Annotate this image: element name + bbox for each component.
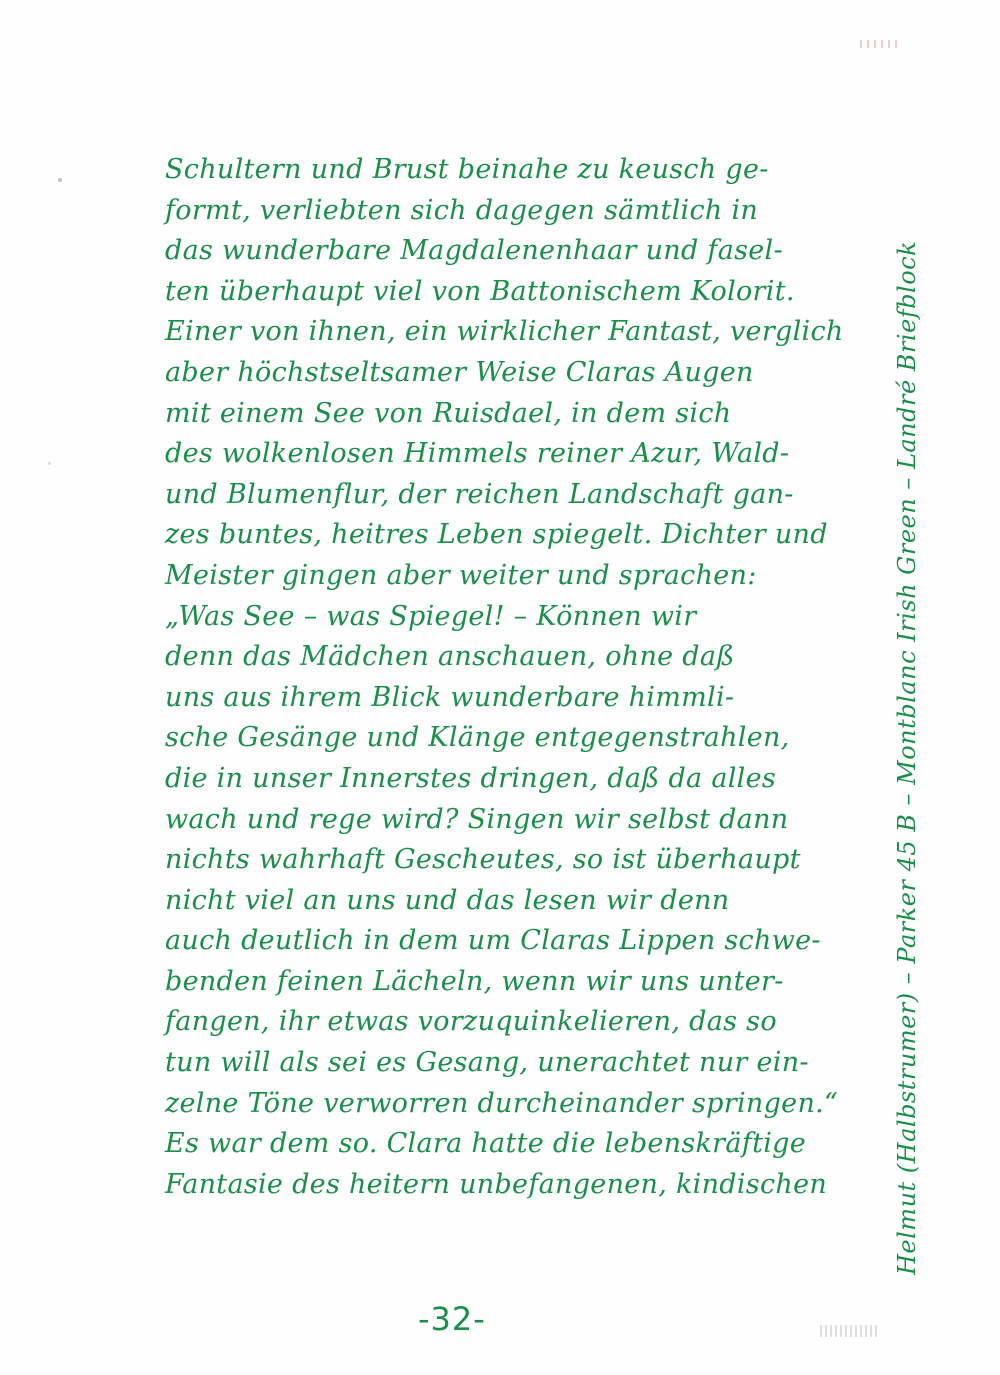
vertical-margin-note: Helmut (Halbstrumer) – Parker 45 B – Mon… — [893, 241, 921, 1275]
scan-speck — [58, 178, 62, 182]
text-line: wach und rege wird? Singen wir selbst da… — [165, 800, 825, 841]
handwritten-body-text: Schultern und Brust beinahe zu keusch ge… — [165, 150, 825, 1205]
text-line: fangen, ihr etwas vorzuquinkelieren, das… — [165, 1002, 825, 1043]
text-line: die in unser Innerstes dringen, daß da a… — [165, 759, 825, 800]
text-line: Es war dem so. Clara hatte die lebenskrä… — [165, 1124, 825, 1165]
text-line: und Blumenflur, der reichen Landschaft g… — [165, 475, 825, 516]
text-line: „Was See – was Spiegel! – Können wir — [165, 597, 825, 638]
text-line: nichts wahrhaft Gescheutes, so ist überh… — [165, 840, 825, 881]
text-line: sche Gesänge und Klänge entgegenstrahlen… — [165, 718, 825, 759]
scan-artifact-marks — [860, 40, 900, 48]
text-line: Schultern und Brust beinahe zu keusch ge… — [165, 150, 825, 191]
text-line: auch deutlich in dem um Claras Lippen sc… — [165, 921, 825, 962]
text-line: zes buntes, heitres Leben spiegelt. Dich… — [165, 515, 825, 556]
text-line: ten überhaupt viel von Battonischem Kolo… — [165, 272, 825, 313]
page-number: -32- — [418, 1300, 486, 1338]
text-line: Meister gingen aber weiter und sprachen: — [165, 556, 825, 597]
scan-speck — [48, 462, 51, 465]
text-line: des wolkenlosen Himmels reiner Azur, Wal… — [165, 434, 825, 475]
text-line: denn das Mädchen anschauen, ohne daß — [165, 637, 825, 678]
text-line: das wunderbare Magdalenenhaar und fasel- — [165, 231, 825, 272]
text-line: uns aus ihrem Blick wunderbare himmli- — [165, 678, 825, 719]
text-line: aber höchstseltsamer Weise Claras Augen — [165, 353, 825, 394]
scan-smudge — [820, 1325, 880, 1337]
manuscript-page: Schultern und Brust beinahe zu keusch ge… — [0, 0, 1000, 1375]
text-line: benden feinen Lächeln, wenn wir uns unte… — [165, 962, 825, 1003]
text-line: nicht viel an uns und das lesen wir denn — [165, 881, 825, 922]
text-line: zelne Töne verworren durcheinander sprin… — [165, 1084, 825, 1125]
text-line: Einer von ihnen, ein wirklicher Fantast,… — [165, 312, 825, 353]
text-line: formt, verliebten sich dagegen sämtlich … — [165, 191, 825, 232]
text-line: mit einem See von Ruisdael, in dem sich — [165, 394, 825, 435]
text-line: tun will als sei es Gesang, unerachtet n… — [165, 1043, 825, 1084]
text-line: Fantasie des heitern unbefangenen, kindi… — [165, 1165, 825, 1206]
